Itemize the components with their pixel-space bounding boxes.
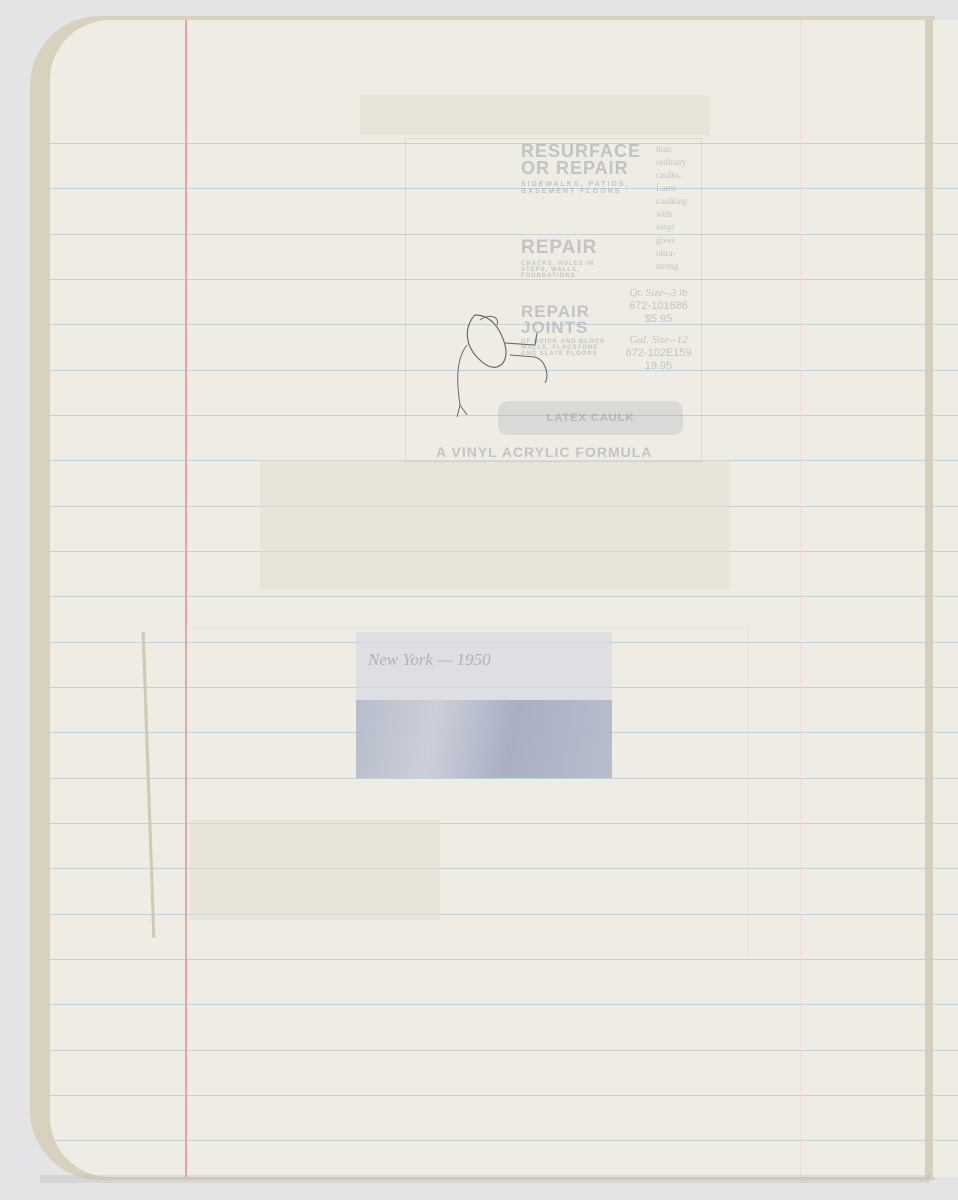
ruled-line	[933, 1095, 958, 1096]
ruled-line	[50, 1140, 925, 1141]
ruled-line	[933, 914, 958, 915]
ad-headline-repair: REPAIR	[521, 237, 597, 259]
ruled-line	[933, 732, 958, 733]
ruled-line	[933, 1140, 958, 1141]
ruled-line	[933, 370, 958, 371]
ad-tagline: A VINYL ACRYLIC FORMULA	[436, 444, 652, 460]
ad-price-quart: Qt. Size--3 lb 672-101686 $5.95	[616, 287, 701, 326]
right-margin-line	[800, 20, 801, 1177]
ruled-line	[933, 460, 958, 461]
binding-gutter	[925, 20, 933, 1177]
ad-price-gallon: Gal. Size--12 672-102E159 19.95	[616, 334, 701, 373]
ruled-line	[933, 234, 958, 235]
ruled-line	[933, 596, 958, 597]
page-slit	[142, 632, 156, 938]
ruled-line	[933, 1004, 958, 1005]
ad-headline-resurface: RESURFACE OR REPAIR	[521, 143, 651, 177]
facing-page-edge	[933, 20, 958, 1177]
ruled-line	[933, 551, 958, 552]
ruled-line	[933, 823, 958, 824]
pencil-sketch-icon	[455, 305, 595, 425]
ruled-line	[933, 506, 958, 507]
ruled-line	[933, 778, 958, 779]
page-shadow	[40, 1175, 930, 1183]
ruled-line	[933, 868, 958, 869]
ad-side-copy: than ordinary caulks. Latex caulking wit…	[656, 143, 687, 273]
ruled-line	[933, 642, 958, 643]
ruled-line	[50, 596, 925, 597]
glue-stain	[360, 95, 710, 135]
glue-stain	[260, 460, 730, 590]
ad-subtext-cracks: CRACKS, HOLES IN STEPS, WALLS, FOUNDATIO…	[521, 261, 613, 279]
margin-line	[185, 20, 187, 1177]
photo-image	[356, 700, 612, 778]
ruled-line	[50, 1095, 925, 1096]
photo-handwriting: New York — 1950	[368, 650, 491, 670]
ruled-line	[933, 324, 958, 325]
ruled-line	[933, 687, 958, 688]
ruled-line	[933, 279, 958, 280]
ruled-line	[933, 415, 958, 416]
ruled-line	[933, 959, 958, 960]
ruled-line	[933, 143, 958, 144]
notebook-page: RESURFACE OR REPAIR SIDEWALKS, PATIOS, B…	[50, 20, 925, 1177]
ruled-line	[50, 1050, 925, 1051]
ruled-line	[933, 188, 958, 189]
ad-subtext-sidewalks: SIDEWALKS, PATIOS, BASEMENT FLOORS	[521, 181, 656, 195]
ruled-line	[933, 1050, 958, 1051]
bleed-through-photo: New York — 1950	[356, 632, 612, 778]
ruled-line	[50, 1004, 925, 1005]
